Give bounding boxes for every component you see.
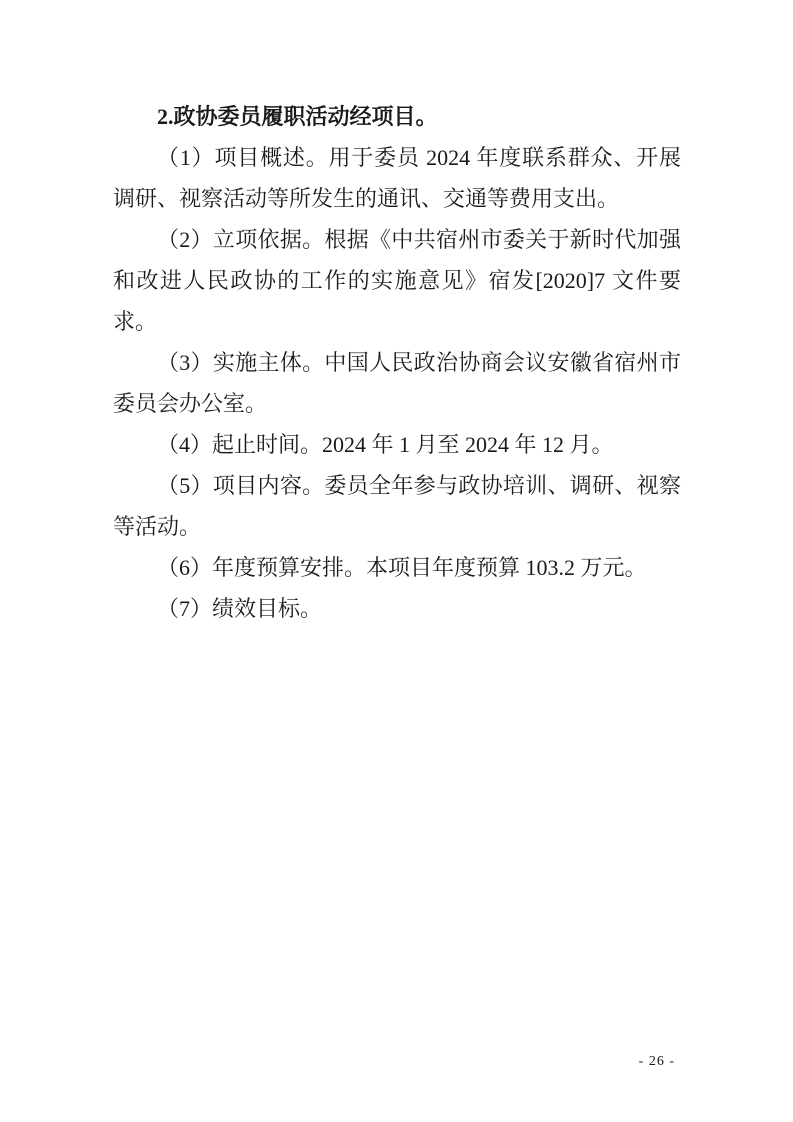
paragraph-performance-goal: （7）绩效目标。: [113, 588, 681, 629]
paragraph-project-overview: （1）项目概述。用于委员 2024 年度联系群众、开展调研、视察活动等所发生的通…: [113, 137, 681, 219]
paragraph-project-basis: （2）立项依据。根据《中共宿州市委关于新时代加强和改进人民政协的工作的实施意见》…: [113, 219, 681, 342]
paragraph-implementing-body: （3）实施主体。中国人民政治协商会议安徽省宿州市委员会办公室。: [113, 342, 681, 424]
paragraph-time-span: （4）起止时间。2024 年 1 月至 2024 年 12 月。: [113, 424, 681, 465]
page-number: - 26 -: [639, 1052, 675, 1072]
section-heading: 2.政协委员履职活动经项目。: [113, 96, 681, 137]
document-page: 2.政协委员履职活动经项目。 （1）项目概述。用于委员 2024 年度联系群众、…: [0, 0, 793, 1122]
paragraph-annual-budget: （6）年度预算安排。本项目年度预算 103.2 万元。: [113, 547, 681, 588]
document-body: 2.政协委员履职活动经项目。 （1）项目概述。用于委员 2024 年度联系群众、…: [113, 96, 681, 629]
paragraph-project-content: （5）项目内容。委员全年参与政协培训、调研、视察等活动。: [113, 465, 681, 547]
